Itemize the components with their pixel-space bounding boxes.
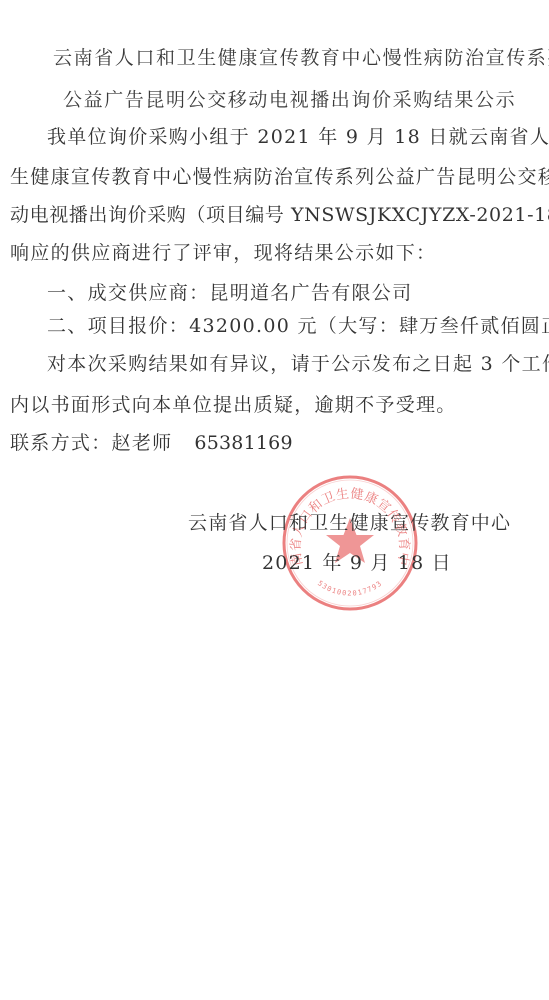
contact-info: 联系方式：赵老师65381169 [10,431,293,455]
price-value: 43200.00 元（大写：肆万叁仟贰佰圆正） [189,315,549,337]
signature-date: 2021 年 9 月 18 日 [262,551,452,575]
contact-label: 联系方式： [10,432,112,454]
supplier-value: 昆明道名广告有限公司 [209,282,412,304]
price-label: 二、项目报价： [47,315,189,337]
official-seal-stamp: 云南省人口和卫生健康宣传教育中心 5301002017793 [281,474,419,612]
intro-line-2: 生健康宣传教育中心慢性病防治宣传系列公益广告昆明公交移 [10,165,549,189]
document-title-line-1: 云南省人口和卫生健康宣传教育中心慢性病防治宣传系列 [53,46,549,70]
contact-person: 赵老师 [112,432,173,454]
document-page: 云南省人口和卫生健康宣传教育中心慢性病防治宣传系列 公益广告昆明公交移动电视播出… [0,0,549,1000]
objection-line-1: 对本次采购结果如有异议，请于公示发布之日起 3 个工作日 [47,352,549,376]
seal-code-text: 5301002017793 [316,579,384,597]
document-title-line-2: 公益广告昆明公交移动电视播出询价采购结果公示 [63,88,516,112]
intro-line-3: 动电视播出询价采购（项目编号 YNSWSJKXCJYZX-2021-18）参与 [10,203,549,227]
objection-line-2: 内以书面形式向本单位提出质疑，逾期不予受理。 [10,393,457,417]
supplier-label: 一、成交供应商： [47,282,209,304]
intro-line-4: 响应的供应商进行了评审，现将结果公示如下： [10,241,436,265]
intro-line-1: 我单位询价采购小组于 2021 年 9 月 18 日就云南省人口和卫 [47,125,549,149]
price-item: 二、项目报价：43200.00 元（大写：肆万叁仟贰佰圆正） [47,314,549,338]
signature-organization: 云南省人口和卫生健康宣传教育中心 [188,511,511,535]
supplier-item: 一、成交供应商：昆明道名广告有限公司 [47,281,412,305]
contact-phone: 65381169 [194,432,292,454]
